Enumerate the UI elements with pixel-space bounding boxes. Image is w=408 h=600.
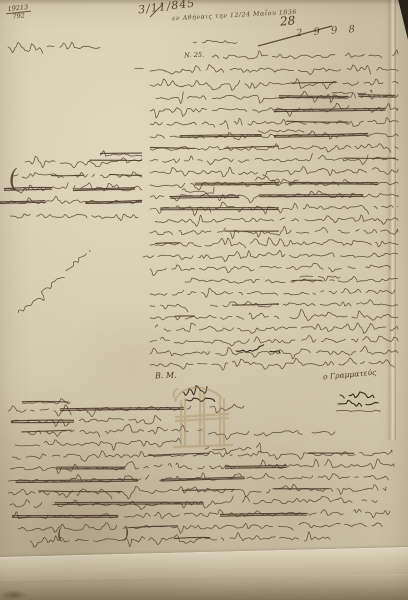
manuscript-line xyxy=(12,450,392,461)
parenthesis-mark: ) xyxy=(121,523,131,543)
manuscript-line xyxy=(18,523,382,534)
strikethrough-stroke xyxy=(195,182,279,183)
manuscript-line xyxy=(150,346,398,359)
manuscript-line-group xyxy=(150,180,398,190)
watermark-stroke xyxy=(174,445,232,447)
manuscript-line-group xyxy=(8,484,386,499)
manuscript-line xyxy=(155,215,398,227)
manuscript-line-group xyxy=(182,187,214,193)
manuscript-line xyxy=(150,167,398,177)
manuscript-line-group xyxy=(25,156,142,167)
strikethrough-stroke xyxy=(291,82,336,83)
manuscript-line xyxy=(150,263,390,275)
handwriting-strokes-layer: (() xyxy=(0,0,408,600)
scanned-manuscript-page: { "document": { "kind": "handwritten Gre… xyxy=(0,0,408,600)
manuscript-line-group xyxy=(193,41,237,44)
manuscript-line-group xyxy=(150,144,398,153)
watermark-monogram xyxy=(174,388,232,447)
manuscript-line-group xyxy=(30,532,330,547)
strikethrough-stroke xyxy=(358,96,395,97)
strikethrough-stroke xyxy=(150,147,195,148)
manuscript-line-group xyxy=(338,400,378,406)
strikethrough-stroke xyxy=(220,515,307,516)
manuscript-line xyxy=(10,214,138,221)
manuscript-line xyxy=(258,130,304,134)
strikethrough-stroke xyxy=(0,201,45,202)
manuscript-line-group xyxy=(4,183,142,193)
manuscript-line-group xyxy=(186,398,218,401)
manuscript-line xyxy=(150,300,400,312)
manuscript-line-group xyxy=(212,50,398,59)
strikethrough-stroke xyxy=(195,184,279,185)
manuscript-line xyxy=(210,404,244,413)
manuscript-line xyxy=(11,416,161,427)
manuscript-line-group xyxy=(18,247,94,319)
manuscript-line-group xyxy=(0,196,142,203)
manuscript-line xyxy=(10,459,394,474)
strikethrough-stroke xyxy=(170,196,239,197)
manuscript-line xyxy=(18,247,94,319)
manuscript-line-group xyxy=(18,523,382,534)
strikethrough-stroke xyxy=(232,304,279,305)
manuscript-line-group xyxy=(150,131,398,140)
paragraph-dash: — xyxy=(134,64,144,74)
manuscript-line xyxy=(340,392,374,398)
manuscript-line xyxy=(150,238,398,248)
manuscript-line xyxy=(150,226,398,238)
manuscript-line-group xyxy=(150,288,399,297)
manuscript-line-group xyxy=(185,277,400,284)
strikethrough-stroke xyxy=(286,121,348,122)
manuscript-line-group xyxy=(156,91,398,103)
manuscript-line-group xyxy=(143,250,400,261)
manuscript-line-group xyxy=(150,238,398,248)
folio-number: 28 xyxy=(280,14,296,27)
manuscript-line-group xyxy=(150,336,398,347)
strikethrough-stroke xyxy=(127,526,178,528)
strikethrough-stroke xyxy=(182,489,235,490)
manuscript-line-group xyxy=(8,405,195,417)
manuscript-line-group xyxy=(150,202,398,215)
manuscript-line xyxy=(182,187,214,193)
manuscript-line xyxy=(8,473,392,483)
manuscript-line xyxy=(8,405,195,417)
manuscript-line-group xyxy=(8,473,392,483)
archive-number: 19213 792 xyxy=(5,4,31,21)
manuscript-line-group xyxy=(10,459,394,474)
manuscript-line xyxy=(30,532,330,547)
manuscript-line xyxy=(208,431,338,440)
manuscript-line xyxy=(186,398,218,401)
strikethrough-stroke xyxy=(279,96,348,97)
manuscript-line-group xyxy=(150,65,398,75)
strikethrough-stroke xyxy=(292,280,322,281)
strikethrough-stroke xyxy=(174,537,210,538)
manuscript-line xyxy=(15,438,185,450)
strikethrough-stroke xyxy=(170,197,239,198)
manuscript-line-group xyxy=(12,172,142,178)
manuscript-line-group xyxy=(150,103,398,118)
manuscript-line xyxy=(8,42,100,53)
manuscript-line-group xyxy=(150,300,400,312)
manuscript-line-group xyxy=(150,167,398,177)
strikethrough-stroke xyxy=(11,420,74,421)
manuscript-line-group xyxy=(156,323,399,333)
manuscript-line xyxy=(150,180,398,190)
manuscript-line xyxy=(212,50,398,59)
manuscript-line xyxy=(150,336,398,347)
manuscript-line xyxy=(143,250,400,261)
manuscript-line-group xyxy=(150,153,398,164)
royal-monogram: Β. Μ. xyxy=(155,372,177,381)
manuscript-line-group xyxy=(150,263,390,275)
manuscript-line-group xyxy=(210,404,244,413)
manuscript-line-group xyxy=(22,424,202,437)
strikethrough-stroke xyxy=(11,422,74,423)
manuscript-line-group xyxy=(150,191,398,203)
manuscript-line-group xyxy=(336,410,380,411)
manuscript-line-group xyxy=(11,416,161,427)
manuscript-line xyxy=(332,90,372,94)
manuscript-line xyxy=(25,156,142,167)
manuscript-line-group xyxy=(150,118,398,129)
manuscript-line xyxy=(150,202,398,215)
manuscript-line xyxy=(150,118,398,129)
manuscript-line xyxy=(156,91,398,103)
manuscript-line xyxy=(185,277,400,284)
strikethrough-stroke xyxy=(225,466,286,467)
manuscript-line-group xyxy=(332,90,372,94)
manuscript-line-group xyxy=(8,42,100,53)
manuscript-line xyxy=(150,288,399,297)
strikethrough-stroke xyxy=(279,97,348,98)
manuscript-line-group xyxy=(150,346,398,359)
strikethrough-stroke xyxy=(155,243,180,244)
manuscript-line-group xyxy=(208,431,338,440)
manuscript-line-group xyxy=(340,392,374,398)
strikethrough-stroke xyxy=(22,401,69,402)
manuscript-line xyxy=(193,41,237,44)
manuscript-line-group xyxy=(155,215,398,227)
manuscript-line-group xyxy=(10,214,138,221)
manuscript-line-group xyxy=(12,450,392,461)
manuscript-line-group xyxy=(10,496,384,510)
manuscript-line-group xyxy=(258,130,304,134)
manuscript-line-group xyxy=(150,79,398,91)
manuscript-line xyxy=(150,65,398,75)
manuscript-line-group xyxy=(100,151,142,156)
manuscript-line-group xyxy=(22,399,75,404)
manuscript-line xyxy=(336,410,380,411)
paragraph-number: Ν. 25. xyxy=(184,52,204,59)
manuscript-line-group xyxy=(150,226,398,238)
manuscript-line xyxy=(156,323,399,333)
manuscript-line xyxy=(150,79,398,91)
manuscript-line-group xyxy=(12,510,390,519)
manuscript-line xyxy=(338,400,378,406)
archive-number-denominator: 792 xyxy=(12,11,25,20)
strikethrough-stroke xyxy=(16,479,138,481)
manuscript-line-group xyxy=(15,438,185,450)
